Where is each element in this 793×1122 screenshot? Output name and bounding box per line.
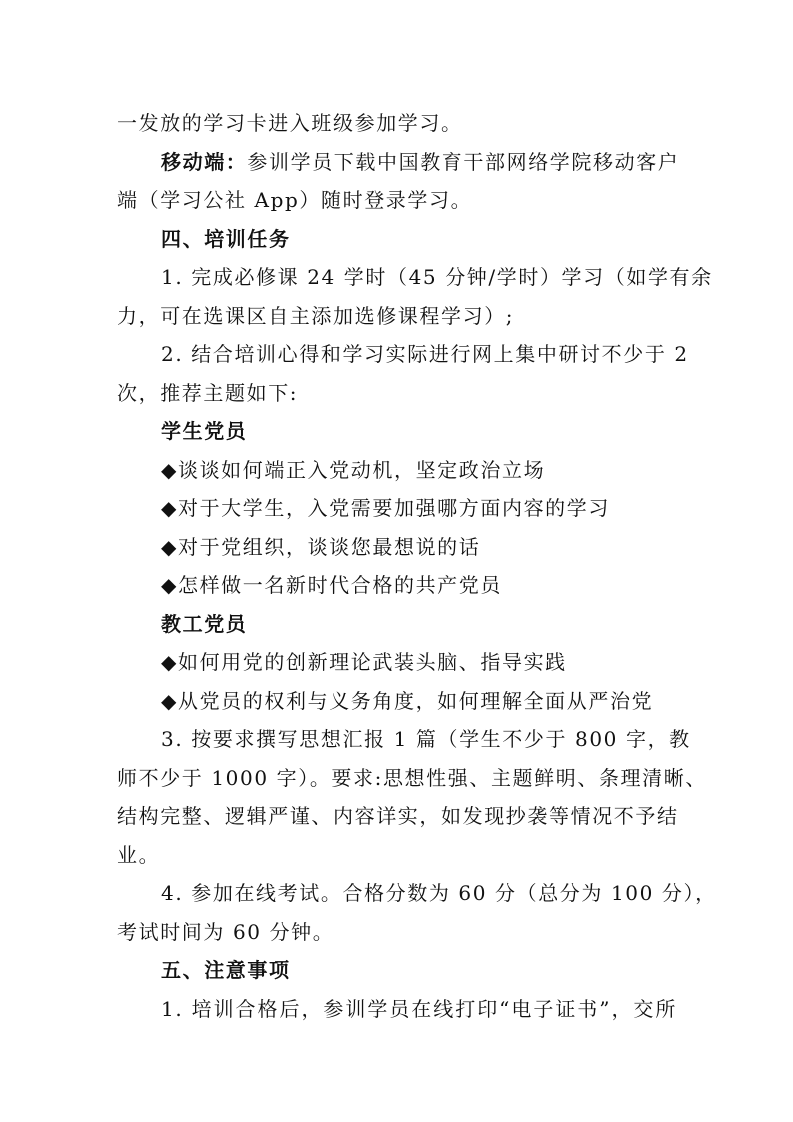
teacher-topic-item: ◆如何用党的创新理论武装头脑、指导实践	[117, 643, 677, 682]
task-2-line: 2. 结合培训心得和学习实际进行网上集中研讨不少于 2	[117, 335, 677, 374]
section-heading-training-tasks: 四、培训任务	[117, 220, 677, 259]
student-topic-item: ◆怎样做一名新时代合格的共产党员	[117, 566, 677, 605]
task-2-line: 次，推荐主题如下:	[117, 374, 677, 413]
teacher-topic-item: ◆从党员的权利与义务角度，如何理解全面从严治党	[117, 682, 677, 721]
note-1-line: 1. 培训合格后，参训学员在线打印“电子证书”，交所	[117, 990, 677, 1029]
task-3-line: 师不少于 1000 字）。要求:思想性强、主题鲜明、条理清晰、	[117, 759, 677, 798]
paragraph-line: 端（学习公社 App）随时登录学习。	[117, 181, 677, 220]
document-page: 一发放的学习卡进入班级参加学习。 移动端：参训学员下载中国教育干部网络学院移动客…	[117, 104, 677, 1028]
paragraph-line: 一发放的学习卡进入班级参加学习。	[117, 104, 677, 143]
task-3-line: 3. 按要求撰写思想汇报 1 篇（学生不少于 800 字，教	[117, 720, 677, 759]
task-4-line: 考试时间为 60 分钟。	[117, 913, 677, 952]
mobile-label: 移动端：	[161, 150, 247, 174]
student-topic-item: ◆对于党组织，谈谈您最想说的话	[117, 528, 677, 567]
task-4-line: 4. 参加在线考试。合格分数为 60 分（总分为 100 分），	[117, 874, 677, 913]
student-members-heading: 学生党员	[117, 412, 677, 451]
task-3-line: 结构完整、逻辑严谨、内容详实，如发现抄袭等情况不予结	[117, 797, 677, 836]
mobile-text: 参训学员下载中国教育干部网络学院移动客户	[247, 150, 679, 174]
task-1-line: 1. 完成必修课 24 学时（45 分钟/学时）学习（如学有余	[117, 258, 677, 297]
teacher-members-heading: 教工党员	[117, 605, 677, 644]
mobile-paragraph-line: 移动端：参训学员下载中国教育干部网络学院移动客户	[117, 143, 677, 182]
task-3-line: 业。	[117, 836, 677, 875]
student-topic-item: ◆谈谈如何端正入党动机，坚定政治立场	[117, 451, 677, 490]
task-1-line: 力，可在选课区自主添加选修课程学习）;	[117, 297, 677, 336]
section-heading-notes: 五、注意事项	[117, 951, 677, 990]
student-topic-item: ◆对于大学生，入党需要加强哪方面内容的学习	[117, 489, 677, 528]
